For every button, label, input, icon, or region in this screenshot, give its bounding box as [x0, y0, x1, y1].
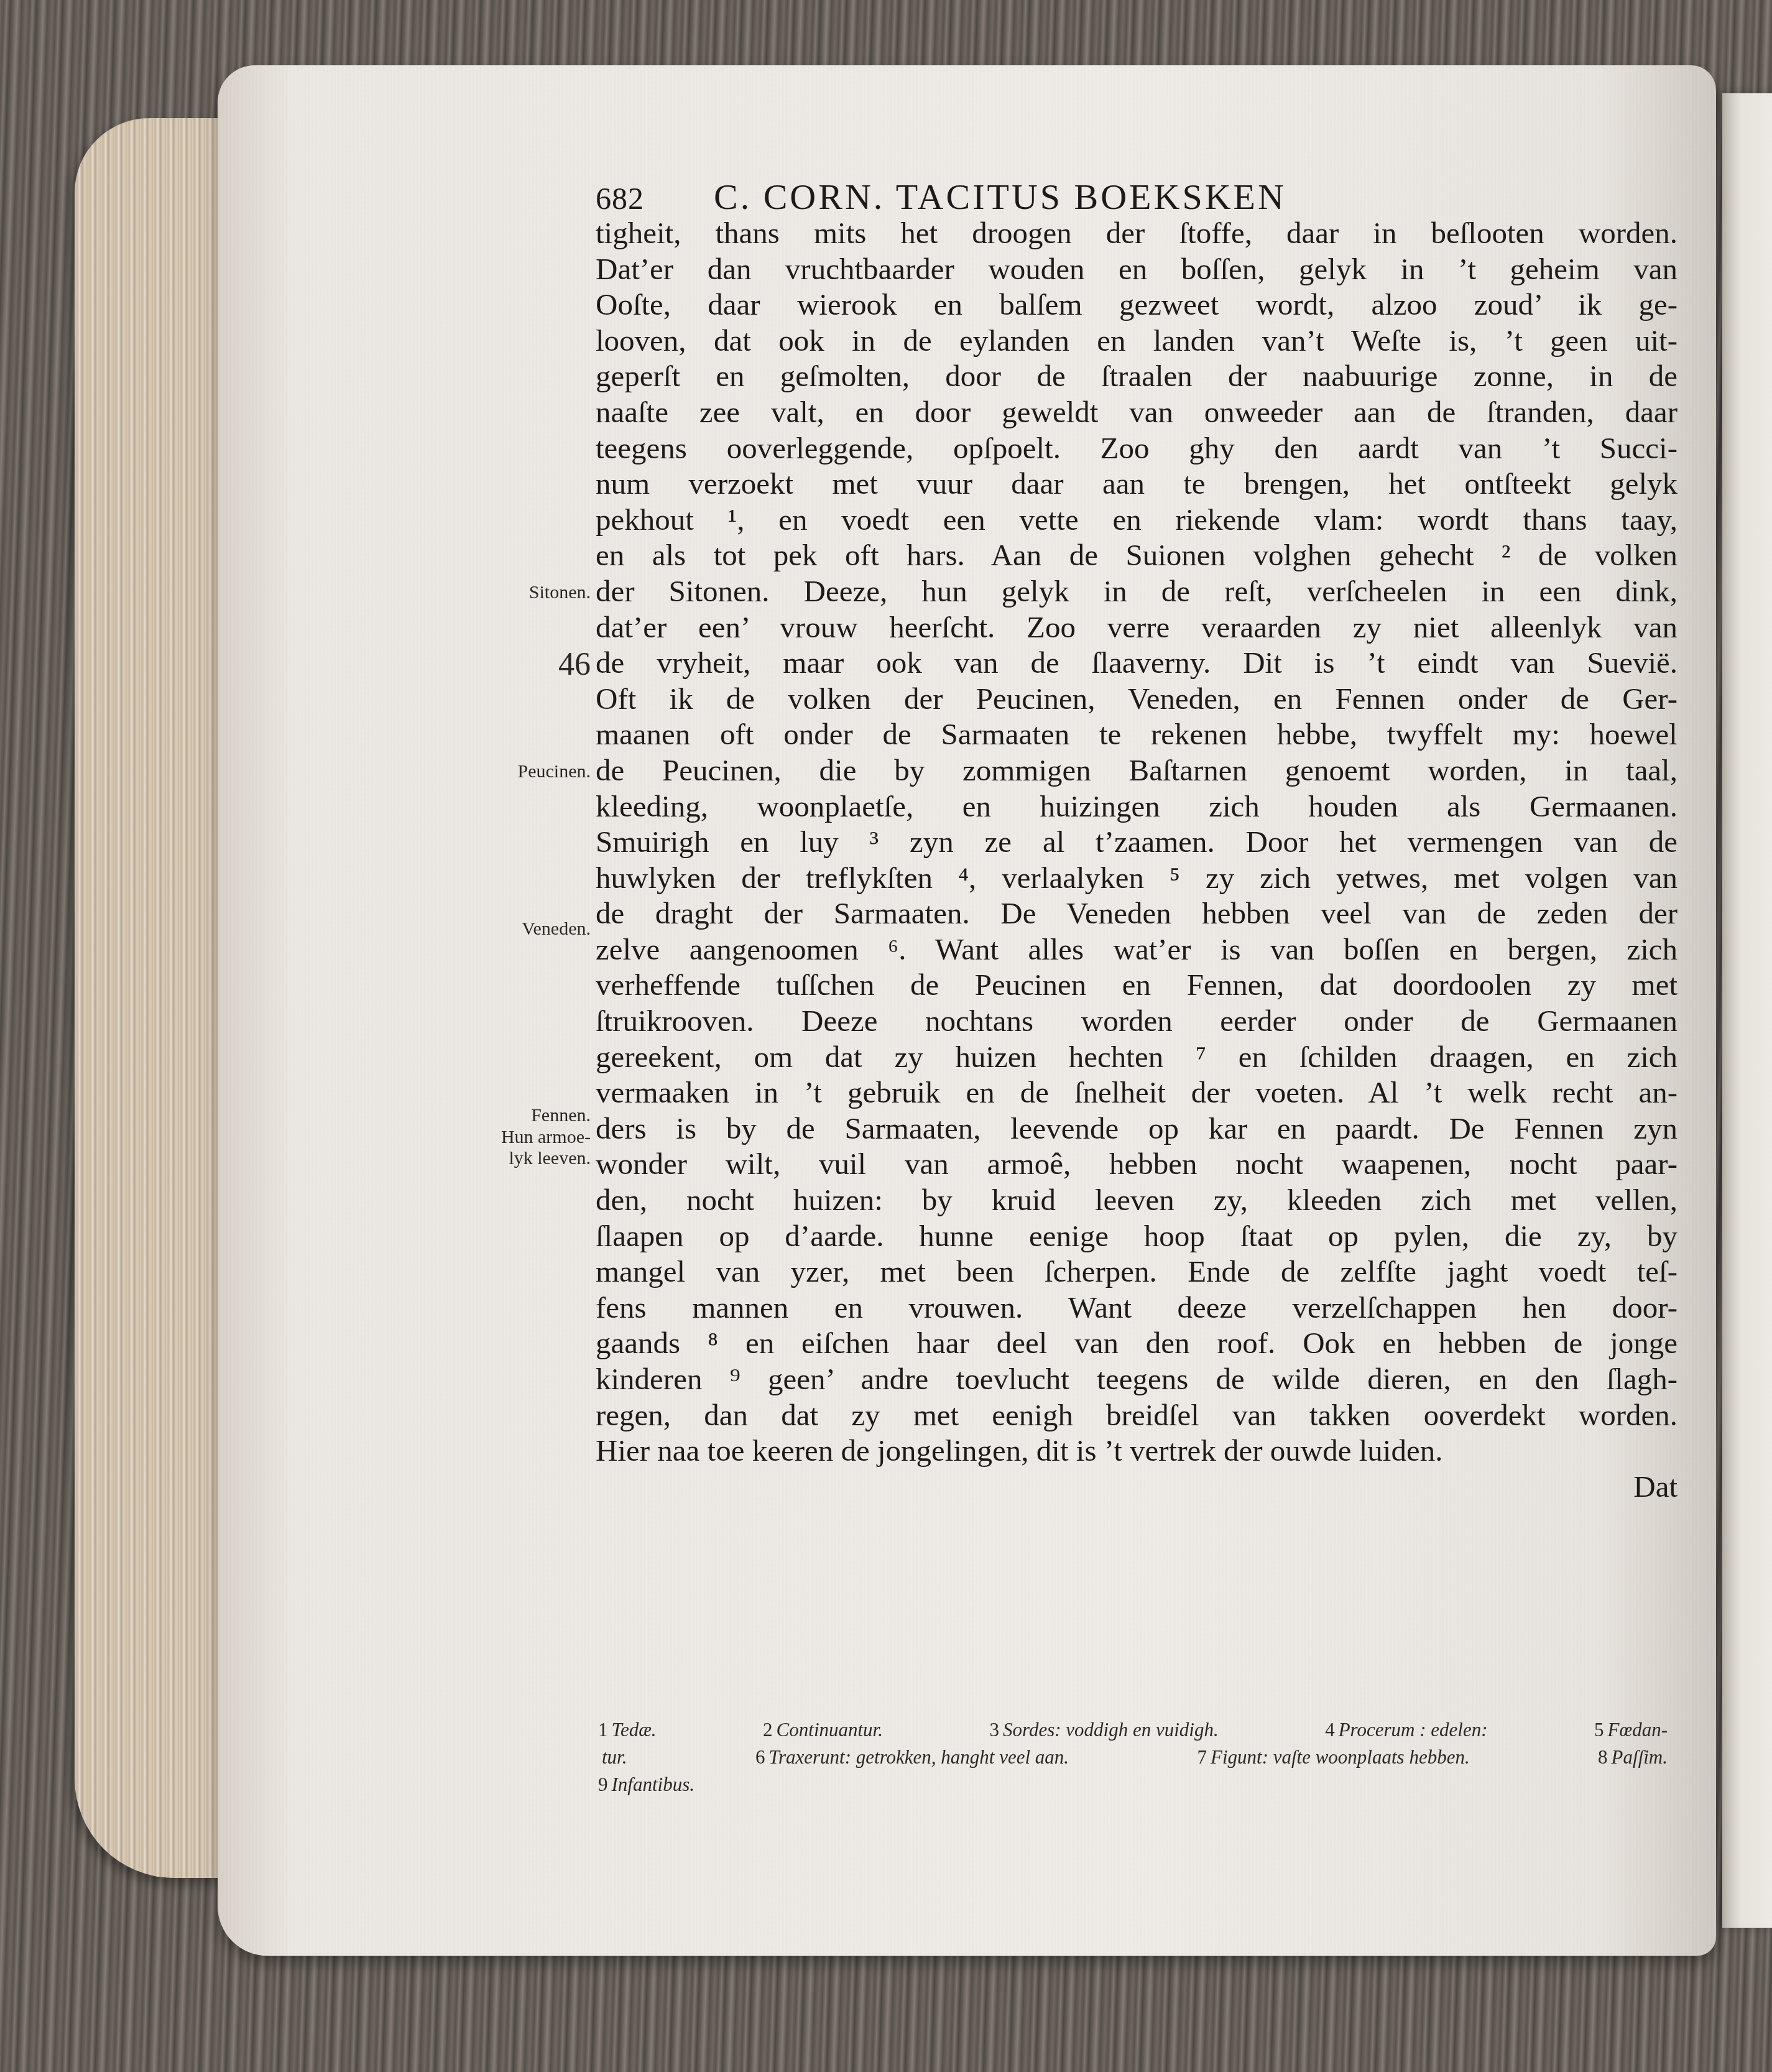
- text-line: en als tot pek oft hars. Aan de Suionen …: [596, 537, 1677, 573]
- footnote-number: 8: [1598, 1746, 1608, 1768]
- text-line: looven, dat ook in de eylanden en landen…: [596, 323, 1677, 359]
- text-line: Ooſte, daar wierook en balſem gezweet wo…: [596, 287, 1677, 323]
- catchword: Dat: [596, 1469, 1677, 1505]
- text-line: gaands ⁸ en eiſchen haar deel van den ro…: [596, 1325, 1677, 1361]
- footnote: 3Sordes: voddigh en vuidigh.: [990, 1716, 1219, 1744]
- text-line: Dat’er dan vruchtbaarder wouden en boſſe…: [596, 251, 1677, 287]
- footnote-number: 1: [598, 1719, 608, 1741]
- text-line: fens mannen en vrouwen. Want deeze verze…: [596, 1290, 1677, 1326]
- text-line: vermaaken in ’t gebruik en de ſnelheit d…: [596, 1075, 1677, 1111]
- footnote-number: 4: [1325, 1719, 1335, 1741]
- text-line: maanen oft onder de Sarmaaten te rekenen…: [596, 716, 1677, 752]
- chapter-number: 46: [558, 646, 591, 683]
- footnote-text: Figunt: vaſte woonplaats hebben.: [1211, 1746, 1470, 1768]
- text-line: gereekent, om dat zy huizen hechten ⁷ en…: [596, 1039, 1677, 1075]
- footnote-text: Tedæ.: [612, 1719, 657, 1741]
- text-line: ders is by de Sarmaaten, leevende op kar…: [596, 1111, 1677, 1147]
- footnote-text: Infantibus.: [612, 1774, 694, 1795]
- footnote: 2Continuantur.: [763, 1716, 883, 1744]
- running-head: 682 C. CORN. TACITUS BOEKSKEN: [596, 169, 1677, 213]
- footnote-number: 9: [598, 1774, 608, 1795]
- footnotes: 1Tedæ.2Continuantur.3Sordes: voddigh en …: [598, 1716, 1668, 1798]
- page-number: 682: [596, 180, 708, 216]
- text-line: naaſte zee valt, en door geweldt van onw…: [596, 394, 1677, 430]
- text-line: ſtruikrooven. Deeze nochtans worden eerd…: [596, 1003, 1677, 1039]
- text-line: mangel van yzer, met been ſcherpen. Ende…: [596, 1254, 1677, 1290]
- margin-note: Sitonen.: [529, 582, 591, 603]
- margin-note: Hun armoe-: [501, 1127, 591, 1148]
- footnote-text: Fœdan-: [1608, 1719, 1668, 1741]
- text-line: teegens ooverleggende, opſpoelt. Zoo ghy…: [596, 430, 1677, 466]
- footnote-text: Traxerunt: getrokken, hanght veel aan.: [768, 1746, 1069, 1768]
- footnote-text: Sordes: voddigh en vuidigh.: [1003, 1719, 1219, 1741]
- text-line: Smuirigh en luy ³ zyn ze al t’zaamen. Do…: [596, 824, 1677, 860]
- footnote: 5Fœdan-: [1594, 1716, 1668, 1744]
- text-line: ſlaapen op d’aarde. hunne eenige hoop ſt…: [596, 1218, 1677, 1254]
- text-line: pekhout ¹, en voedt een vette en riekend…: [596, 502, 1677, 538]
- text-line: den, nocht huizen: by kruid leeven zy, k…: [596, 1182, 1677, 1218]
- text-line: kinderen ⁹ geen’ andre toevlucht teegens…: [596, 1361, 1677, 1397]
- page-text-block: 682 C. CORN. TACITUS BOEKSKEN tigheit, t…: [596, 169, 1677, 1504]
- text-line: wonder wilt, vuil van armoê, hebben noch…: [596, 1146, 1677, 1182]
- margin-note: Fennen.: [531, 1105, 591, 1126]
- text-line: kleeding, woonplaetſe, en huizingen zich…: [596, 789, 1677, 825]
- running-title: C. CORN. TACITUS BOEKSKEN: [714, 176, 1286, 218]
- text-line: Oft ik de volken der Peucinen, Veneden, …: [596, 681, 1677, 717]
- text-line: der Sitonen. Deeze, hun gelyk in de reſt…: [596, 573, 1677, 609]
- footnote: 9Infantibus.: [598, 1771, 694, 1798]
- facing-page-edge: [1722, 93, 1772, 1928]
- text-line: de Peucinen, die by zommigen Baſtarnen g…: [596, 752, 1677, 789]
- footnote-text: Paſſim.: [1612, 1746, 1668, 1768]
- text-line: verheffende tuſſchen de Peucinen en Fenn…: [596, 967, 1677, 1003]
- text-line: zelve aangenoomen ⁶. Want alles wat’er i…: [596, 932, 1677, 968]
- margin-note: Veneden.: [522, 918, 591, 940]
- text-line: dat’er een’ vrouw heerſcht. Zoo verre ve…: [596, 609, 1677, 645]
- footnote-text: Continuantur.: [777, 1719, 883, 1741]
- margin-note: Peucinen.: [518, 761, 591, 782]
- text-line: geperſt en geſmolten, door de ſtraalen d…: [596, 358, 1677, 394]
- text-line: de vryheit, maar ook van de ſlaaverny. D…: [596, 645, 1677, 681]
- footnote: 4Procerum : edelen:: [1325, 1716, 1487, 1744]
- footnote: tur.: [598, 1744, 627, 1771]
- footnote-number: 7: [1197, 1746, 1207, 1768]
- footnote-text: tur.: [602, 1746, 627, 1768]
- footnote-number: 5: [1594, 1719, 1604, 1741]
- text-line: tigheit, thans mits het droogen der ſtof…: [596, 215, 1677, 251]
- text-line: huwlyken der treflykſten ⁴, verlaalyken …: [596, 860, 1677, 896]
- footnote: 8Paſſim.: [1598, 1744, 1668, 1771]
- footnote-number: 3: [990, 1719, 1000, 1741]
- footnote-number: 6: [755, 1746, 765, 1768]
- text-line: num verzoekt met vuur daar aan te brenge…: [596, 466, 1677, 502]
- text-line: regen, dan dat zy met eenigh breidſel va…: [596, 1397, 1677, 1433]
- footnote: 6Traxerunt: getrokken, hanght veel aan.: [755, 1744, 1069, 1771]
- footnote: 7Figunt: vaſte woonplaats hebben.: [1197, 1744, 1469, 1771]
- footnote-row: tur.6Traxerunt: getrokken, hanght veel a…: [598, 1744, 1668, 1771]
- text-line: de draght der Sarmaaten. De Veneden hebb…: [596, 895, 1677, 932]
- margin-note: lyk leeven.: [509, 1148, 591, 1169]
- footnote: 1Tedæ.: [598, 1716, 657, 1744]
- footnote-text: Procerum : edelen:: [1339, 1719, 1488, 1741]
- footnote-number: 2: [763, 1719, 773, 1741]
- body-text: tigheit, thans mits het droogen der ſtof…: [596, 215, 1677, 1469]
- footnote-row: 9Infantibus.: [598, 1771, 1668, 1798]
- text-line: Hier naa toe keeren de jongelingen, dit …: [596, 1433, 1677, 1469]
- footnote-row: 1Tedæ.2Continuantur.3Sordes: voddigh en …: [598, 1716, 1668, 1744]
